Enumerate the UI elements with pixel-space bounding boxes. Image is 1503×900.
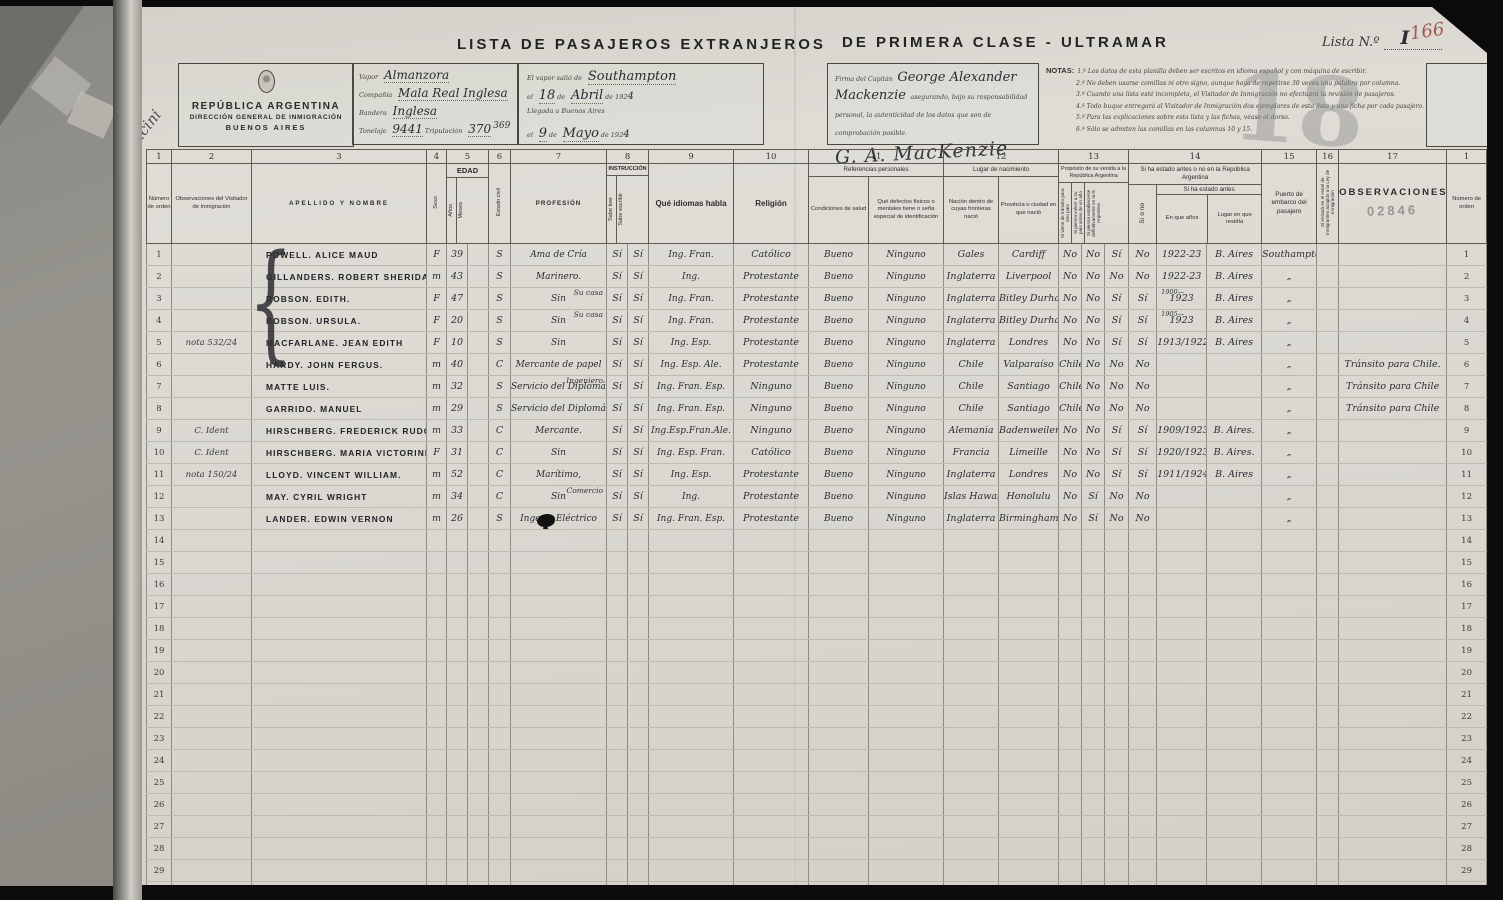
cell-escribe	[628, 574, 649, 596]
passenger-row: 6HARDY. JOHN FERGUS.m40CMercante de pape…	[147, 354, 1487, 376]
cell-hotel	[1317, 838, 1339, 860]
cell-obs: Tránsito para Chile	[1339, 376, 1447, 398]
cell-defectos	[869, 684, 944, 706]
cell-visitor	[172, 706, 252, 728]
cell-religion: Ninguno	[734, 420, 809, 442]
cell-obs	[1339, 816, 1447, 838]
cell-visitor: C. Ident	[172, 420, 252, 442]
cell-num: 19	[147, 640, 172, 662]
cell-p13c	[1105, 596, 1129, 618]
cell-p13a: No	[1059, 310, 1082, 332]
cell-estuvo: No	[1129, 354, 1157, 376]
cell-p13a	[1059, 750, 1082, 772]
cell-num2: 1	[1447, 244, 1487, 266]
cell-religion: Protestante	[734, 266, 809, 288]
voyage-box: El vapor salió de Southampton el 18 de A…	[518, 63, 764, 145]
cell-en_anos	[1157, 486, 1207, 508]
cell-num2: 7	[1447, 376, 1487, 398]
cell-name: GARRIDO. MANUEL	[252, 398, 427, 420]
cell-anos: 20	[447, 310, 468, 332]
cell-obs	[1339, 772, 1447, 794]
cell-name: HARDY. JOHN FERGUS.	[252, 354, 427, 376]
cell-salud	[809, 640, 869, 662]
cell-provincia: Limeille	[999, 442, 1059, 464]
cell-num: 14	[147, 530, 172, 552]
cell-provincia	[999, 552, 1059, 574]
cell-religion: Protestante	[734, 486, 809, 508]
cell-meses	[468, 574, 489, 596]
cell-salud: Bueno	[809, 464, 869, 486]
cell-name	[252, 530, 427, 552]
cell-p13b: No	[1082, 398, 1105, 420]
cell-anos: 43	[447, 266, 468, 288]
cell-visitor	[172, 398, 252, 420]
cell-num: 4	[147, 310, 172, 332]
cell-escribe: Sí	[628, 398, 649, 420]
bandera-value: Inglesa	[393, 104, 437, 119]
cell-p13c: No	[1105, 398, 1129, 420]
cell-puerto: „	[1262, 420, 1317, 442]
cell-num2: 30	[1447, 882, 1487, 900]
facing-page	[0, 6, 113, 886]
cell-sexo	[427, 706, 447, 728]
cell-defectos	[869, 794, 944, 816]
cell-escribe	[628, 552, 649, 574]
cell-estuvo	[1129, 816, 1157, 838]
cell-salud	[809, 706, 869, 728]
cell-p13b	[1082, 882, 1105, 900]
cell-name: HIRSCHBERG. FREDERICK RUDOLF.	[252, 420, 427, 442]
cell-obs	[1339, 728, 1447, 750]
cell-prof: Servicio del DiplomáticoIngeniero	[511, 376, 607, 398]
cell-p13a	[1059, 596, 1082, 618]
cell-salud: Bueno	[809, 244, 869, 266]
cell-p13a	[1059, 684, 1082, 706]
cell-provincia	[999, 596, 1059, 618]
cell-p13c	[1105, 552, 1129, 574]
cell-prof	[511, 530, 607, 552]
cell-salud	[809, 794, 869, 816]
cell-anos	[447, 662, 468, 684]
cell-sexo: m	[427, 508, 447, 530]
cell-defectos: Ninguno	[869, 266, 944, 288]
cell-residia	[1207, 794, 1262, 816]
cell-puerto: „	[1262, 376, 1317, 398]
cell-anos	[447, 838, 468, 860]
header-estado-antes: Si ha estado antes o no en la República …	[1129, 164, 1261, 185]
cell-sexo: F	[427, 332, 447, 354]
cell-meses	[468, 794, 489, 816]
cell-escribe	[628, 530, 649, 552]
cell-estado	[489, 618, 511, 640]
cell-num: 22	[147, 706, 172, 728]
passenger-row: 12MAY. CYRIL WRIGHTm34CSinComercioSíSíIn…	[147, 486, 1487, 508]
cell-salud	[809, 772, 869, 794]
cell-anos: 26	[447, 508, 468, 530]
cell-p13b	[1082, 596, 1105, 618]
cell-residia	[1207, 354, 1262, 376]
cell-puerto	[1262, 706, 1317, 728]
cell-p13c: Sí	[1105, 332, 1129, 354]
header-nacimiento: Lugar de nacimiento	[944, 164, 1058, 177]
cell-obs	[1339, 486, 1447, 508]
cell-obs	[1339, 310, 1447, 332]
cell-defectos	[869, 882, 944, 900]
cell-prof	[511, 860, 607, 882]
cell-hotel	[1317, 420, 1339, 442]
cell-p13a	[1059, 728, 1082, 750]
cell-nacion	[944, 530, 999, 552]
cell-idiomas	[649, 706, 734, 728]
cell-estado: S	[489, 508, 511, 530]
cell-nacion: Islas Hawai	[944, 486, 999, 508]
notas-label: NOTAS:	[1046, 66, 1074, 75]
cell-obs	[1339, 508, 1447, 530]
cell-p13b: Sí	[1082, 508, 1105, 530]
cell-salud	[809, 750, 869, 772]
cell-residia: B. Aires.	[1207, 442, 1262, 464]
cell-visitor	[172, 750, 252, 772]
cell-en_anos	[1157, 750, 1207, 772]
cell-num: 18	[147, 618, 172, 640]
cell-p13b: No	[1082, 376, 1105, 398]
cell-lee: Sí	[607, 420, 628, 442]
cell-religion	[734, 728, 809, 750]
cell-residia	[1207, 772, 1262, 794]
col-num: 9	[649, 150, 734, 164]
cell-en_anos	[1157, 882, 1207, 900]
cell-anos	[447, 860, 468, 882]
cell-p13b	[1082, 816, 1105, 838]
cell-provincia: Bitley Durham	[999, 310, 1059, 332]
passenger-row: 2222	[147, 706, 1487, 728]
passenger-row: 2121	[147, 684, 1487, 706]
cell-residia: B. Aires	[1207, 266, 1262, 288]
cell-hotel	[1317, 728, 1339, 750]
cell-puerto: Southampton	[1262, 244, 1317, 266]
cell-escribe: Sí	[628, 486, 649, 508]
cell-idiomas: Ing. Esp. Ale.	[649, 354, 734, 376]
cell-anos: 52	[447, 464, 468, 486]
header-edad: EDAD	[447, 164, 488, 178]
cell-sexo	[427, 750, 447, 772]
cell-provincia: Liverpool	[999, 266, 1059, 288]
cell-hotel	[1317, 596, 1339, 618]
passenger-row: 2424	[147, 750, 1487, 772]
cell-meses	[468, 728, 489, 750]
cell-defectos: Ninguno	[869, 332, 944, 354]
cell-idiomas	[649, 794, 734, 816]
cell-obs	[1339, 464, 1447, 486]
col-num: 15	[1262, 150, 1317, 164]
col-num: 3	[252, 150, 427, 164]
cell-p13c: Sí	[1105, 442, 1129, 464]
cell-puerto	[1262, 574, 1317, 596]
cell-salud	[809, 618, 869, 640]
cell-p13b: No	[1082, 310, 1105, 332]
cell-puerto: „	[1262, 508, 1317, 530]
cell-idiomas	[649, 662, 734, 684]
cell-prof: Sin	[511, 332, 607, 354]
cell-religion	[734, 618, 809, 640]
cell-meses	[468, 332, 489, 354]
cell-idiomas	[649, 772, 734, 794]
cell-p13a: No	[1059, 332, 1082, 354]
passenger-row: 13LANDER. EDWIN VERNONm26SIngero. Eléctr…	[147, 508, 1487, 530]
cell-name	[252, 728, 427, 750]
cell-visitor	[172, 860, 252, 882]
cell-idiomas: Ing. Fran. Esp.	[649, 508, 734, 530]
salio-month-value: Abril	[571, 88, 603, 104]
col-num: 10	[734, 150, 809, 164]
el-label: el	[527, 93, 533, 101]
cell-obs	[1339, 288, 1447, 310]
cell-sexo: m	[427, 376, 447, 398]
cell-defectos	[869, 596, 944, 618]
cell-p13a: Chile	[1059, 398, 1082, 420]
cell-puerto	[1262, 596, 1317, 618]
header-referencias-group: Referencias personales Condiciones de sa…	[809, 164, 944, 244]
cell-prof	[511, 640, 607, 662]
cell-en_anos	[1157, 706, 1207, 728]
cell-defectos	[869, 618, 944, 640]
ship-flag-row: Bandera Inglesa	[359, 104, 511, 122]
cell-puerto: „	[1262, 354, 1317, 376]
passenger-row: 2626	[147, 794, 1487, 816]
cell-prof: Servicio del Diplomático	[511, 398, 607, 420]
cell-visitor	[172, 618, 252, 640]
cell-anos: 39	[447, 244, 468, 266]
cell-estado	[489, 662, 511, 684]
cell-num2: 15	[1447, 552, 1487, 574]
passenger-row: 10C. IdentHIRSCHBERG. MARIA VICTORINEF31…	[147, 442, 1487, 464]
cell-num: 26	[147, 794, 172, 816]
cell-p13c	[1105, 706, 1129, 728]
cell-puerto: „	[1262, 266, 1317, 288]
cell-num2: 10	[1447, 442, 1487, 464]
cell-name: HIRSCHBERG. MARIA VICTORINE	[252, 442, 427, 464]
cell-meses	[468, 596, 489, 618]
cell-num: 28	[147, 838, 172, 860]
cell-estuvo	[1129, 772, 1157, 794]
header-observaciones: OBSERVACIONES 02846	[1339, 164, 1447, 244]
cell-lee	[607, 596, 628, 618]
cell-idiomas: Ing. Fran.	[649, 288, 734, 310]
cell-anos	[447, 618, 468, 640]
cell-escribe: Sí	[628, 442, 649, 464]
cell-lee: Sí	[607, 464, 628, 486]
cell-visitor	[172, 288, 252, 310]
passenger-row: 4ROBSON. URSULA.F20SSinSu casaSíSíIng. F…	[147, 310, 1487, 332]
cell-lee	[607, 838, 628, 860]
cell-salud	[809, 816, 869, 838]
bandera-label: Bandera	[359, 109, 387, 117]
cell-obs: Tránsito para Chile	[1339, 398, 1447, 420]
cell-religion	[734, 860, 809, 882]
cell-nacion	[944, 596, 999, 618]
cell-defectos	[869, 728, 944, 750]
cell-escribe	[628, 706, 649, 728]
cell-lee	[607, 706, 628, 728]
cell-prof	[511, 596, 607, 618]
cell-p13c	[1105, 728, 1129, 750]
cell-visitor	[172, 684, 252, 706]
cell-defectos: Ninguno	[869, 442, 944, 464]
cell-estado	[489, 574, 511, 596]
tripulacion-correction: 369	[493, 121, 510, 131]
cell-defectos: Ninguno	[869, 288, 944, 310]
cell-num2: 27	[1447, 816, 1487, 838]
cell-provincia: Londres	[999, 332, 1059, 354]
header-sabe-escribir: Sabe escribir	[617, 176, 626, 243]
cell-nacion	[944, 574, 999, 596]
cell-sexo: m	[427, 398, 447, 420]
cell-defectos: Ninguno	[869, 420, 944, 442]
cell-prof	[511, 794, 607, 816]
cell-name: ROBSON. URSULA.	[252, 310, 427, 332]
cell-hotel	[1317, 442, 1339, 464]
cell-residia: B. Aires	[1207, 332, 1262, 354]
cell-sexo	[427, 618, 447, 640]
cell-idiomas	[649, 596, 734, 618]
cell-hotel	[1317, 508, 1339, 530]
cell-obs	[1339, 860, 1447, 882]
col-num: 14	[1129, 150, 1262, 164]
cell-num2: 4	[1447, 310, 1487, 332]
handwritten-correction: 1900—	[1161, 288, 1184, 296]
cell-prof	[511, 684, 607, 706]
cell-prof	[511, 552, 607, 574]
cell-p13c	[1105, 640, 1129, 662]
cell-en_anos	[1157, 398, 1207, 420]
cell-visitor	[172, 816, 252, 838]
cell-sexo	[427, 574, 447, 596]
cell-visitor	[172, 838, 252, 860]
cell-residia	[1207, 706, 1262, 728]
cell-prof	[511, 882, 607, 900]
cell-estuvo: No	[1129, 266, 1157, 288]
cell-p13b: No	[1082, 266, 1105, 288]
cell-p13b	[1082, 574, 1105, 596]
cell-obs	[1339, 662, 1447, 684]
cell-nacion: Inglaterra	[944, 508, 999, 530]
cell-en_anos: 1911/1924	[1157, 464, 1207, 486]
cell-hotel	[1317, 552, 1339, 574]
cell-name	[252, 662, 427, 684]
cell-lee	[607, 772, 628, 794]
cell-visitor	[172, 552, 252, 574]
cell-provincia: Bitley Durham	[999, 288, 1059, 310]
cell-residia	[1207, 398, 1262, 420]
cell-en_anos	[1157, 772, 1207, 794]
passenger-row: 1717	[147, 596, 1487, 618]
passenger-row: 3ROBSON. EDITH.F47SSinSu casaSíSíIng. Fr…	[147, 288, 1487, 310]
cell-num: 20	[147, 662, 172, 684]
cell-escribe: Sí	[628, 354, 649, 376]
cell-residia	[1207, 574, 1262, 596]
passenger-row: 1616	[147, 574, 1487, 596]
cell-obs	[1339, 596, 1447, 618]
cell-anos: 34	[447, 486, 468, 508]
cell-estado: S	[489, 398, 511, 420]
cell-salud: Bueno	[809, 420, 869, 442]
header-proposito-volver: Si piensa volver a su país antes de un a…	[1072, 183, 1085, 244]
cell-en_anos	[1157, 354, 1207, 376]
cell-sexo	[427, 772, 447, 794]
cell-estado	[489, 750, 511, 772]
cell-en_anos	[1157, 728, 1207, 750]
cell-prof	[511, 618, 607, 640]
passenger-row: 9C. IdentHIRSCHBERG. FREDERICK RUDOLF.m3…	[147, 420, 1487, 442]
cell-idiomas	[649, 640, 734, 662]
cell-hotel	[1317, 398, 1339, 420]
cell-sexo: F	[427, 442, 447, 464]
cell-hotel	[1317, 706, 1339, 728]
cell-name: MAY. CYRIL WRIGHT	[252, 486, 427, 508]
cell-puerto	[1262, 882, 1317, 900]
cell-hotel	[1317, 464, 1339, 486]
cell-num2: 24	[1447, 750, 1487, 772]
cell-num: 1	[147, 244, 172, 266]
cell-sexo: m	[427, 486, 447, 508]
passenger-row: 5nota 532/24MACFARLANE. JEAN EDITHF10SSi…	[147, 332, 1487, 354]
cell-p13a	[1059, 794, 1082, 816]
cell-sexo: F	[427, 288, 447, 310]
cell-visitor: C. Ident	[172, 442, 252, 464]
cell-p13c	[1105, 838, 1129, 860]
cell-salud: Bueno	[809, 288, 869, 310]
header-instruccion-group: INSTRUCCIÓN Sabe leer Sabe escribir	[607, 164, 649, 244]
de-label: de	[549, 131, 557, 139]
handwritten-correction: Su casa	[574, 288, 603, 297]
cell-sexo	[427, 816, 447, 838]
cell-puerto	[1262, 530, 1317, 552]
cell-en_anos	[1157, 794, 1207, 816]
cell-meses	[468, 486, 489, 508]
cell-lee: Sí	[607, 310, 628, 332]
cell-nacion	[944, 860, 999, 882]
col-num: 17	[1339, 150, 1447, 164]
cell-meses	[468, 376, 489, 398]
cell-anos: 32	[447, 376, 468, 398]
cell-hotel	[1317, 266, 1339, 288]
coat-of-arms-icon	[258, 70, 275, 93]
cell-defectos	[869, 530, 944, 552]
cell-puerto	[1262, 794, 1317, 816]
cell-nacion	[944, 816, 999, 838]
header-si-o-no: Sí o no	[1129, 185, 1157, 244]
cell-religion: Protestante	[734, 288, 809, 310]
cell-estado: S	[489, 288, 511, 310]
cell-meses	[468, 640, 489, 662]
header-proposito-establecerse: Si piensa establecerse definitivamente e…	[1085, 183, 1102, 244]
cell-lee	[607, 816, 628, 838]
cell-idiomas: Ing. Esp.	[649, 332, 734, 354]
cell-residia	[1207, 486, 1262, 508]
passenger-row: 1818	[147, 618, 1487, 640]
cell-name: MATTE LUIS.	[252, 376, 427, 398]
cell-hotel	[1317, 750, 1339, 772]
cell-obs	[1339, 706, 1447, 728]
cell-provincia	[999, 750, 1059, 772]
cell-estuvo: No	[1129, 398, 1157, 420]
de-label: de	[557, 93, 565, 101]
col-num: 2	[172, 150, 252, 164]
cell-estado: C	[489, 354, 511, 376]
scan-top-edge	[0, 0, 1503, 7]
cell-num2: 22	[1447, 706, 1487, 728]
cell-p13a	[1059, 816, 1082, 838]
